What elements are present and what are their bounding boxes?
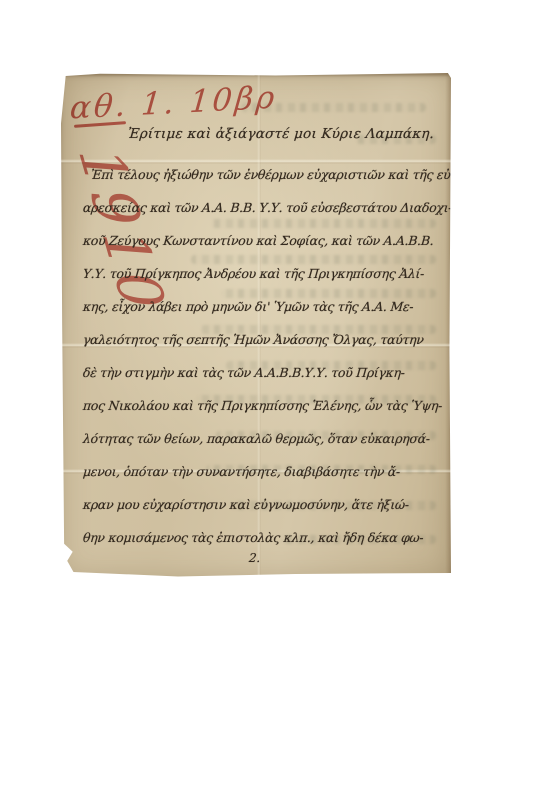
verso-showthrough-mark	[191, 255, 436, 264]
letter-line: Ἐπὶ τέλους ἠξιώθην τῶν ἐνθέρμων εὐχαριστ…	[90, 167, 455, 182]
letter-line: λότητας τῶν θείων, παρακαλῶ θερμῶς, ὅταν…	[82, 431, 430, 446]
letter-line: δὲ τὴν στιγμὴν καὶ τὰς τῶν Α.Α.Β.Β.Υ.Υ. …	[82, 365, 405, 380]
paper-top-edge-shadow	[61, 73, 451, 77]
verso-showthrough-mark	[221, 289, 436, 298]
verso-showthrough-mark	[211, 219, 436, 228]
paper-right-edge-shadow	[445, 73, 451, 577]
letter-line: γαλειότητος τῆς σεπτῆς Ἡμῶν Ἀνάσσης Ὄλγα…	[82, 332, 424, 347]
red-date-annotation: αθ. 1. 10βρ	[69, 79, 279, 126]
letter-line: πος Νικολάου καὶ τῆς Πριγκηπίσσης Ἑλένης…	[82, 398, 442, 413]
scan-page: αθ. 1. 10βρ 1910 Ἐρίτιμε καὶ ἀξιάγαστέ μ…	[0, 0, 549, 800]
letter-line: θην κομισάμενος τὰς ἐπιστολὰς κλπ., καὶ …	[82, 530, 424, 545]
page-number-mark: 2.	[248, 551, 261, 565]
letter-line: κοῦ Ζεύγους Κωνσταντίνου καὶ Σοφίας, καὶ…	[82, 233, 434, 248]
letter-salutation: Ἐρίτιμε καὶ ἀξιάγαστέ μοι Κύριε Λαμπάκη.	[127, 126, 435, 142]
letter-line: μενοι, ὁπόταν τὴν συναντήσητε, διαβιβάση…	[82, 464, 400, 479]
letter-line: κης, εἶχον λάβει πρὸ μηνῶν δι' Ὑμῶν τὰς …	[82, 299, 414, 314]
scanned-letter-sheet: αθ. 1. 10βρ 1910 Ἐρίτιμε καὶ ἀξιάγαστέ μ…	[61, 73, 451, 577]
letter-line: Υ.Υ. τοῦ Πρίγκηπος Ἀνδρέου καὶ τῆς Πριγκ…	[82, 266, 424, 281]
letter-line: αρεσκείας καὶ τῶν Α.Α. Β.Β. Υ.Υ. τοῦ εὐσ…	[82, 200, 453, 215]
letter-line: κραν μου εὐχαρίστησιν καὶ εὐγνωμοσύνην, …	[82, 497, 409, 512]
